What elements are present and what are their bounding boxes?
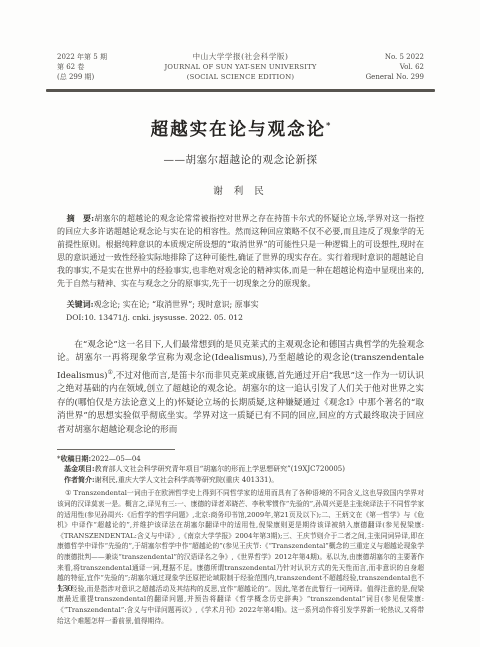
keywords-line: 关键词:观念论; 实在论; “取消世界”; 现时意识; 原事实 [57,298,424,311]
article-title: 超越实在论与观念论* [57,116,424,141]
title-footnote-marker: * [326,120,330,130]
abstract-paragraph: 摘 要:胡塞尔的超越论的观念论常常被指控对世界之存在持笛卡尔式的怀疑论立场,学界… [57,212,424,291]
author-name: 谢 利 民 [57,183,424,197]
author-bio-row: 作者简介:谢利民,重庆大学人文社会科学高等研究院(重庆 401331)。 [57,475,424,486]
fund-label: 基金项目: [64,464,95,473]
journal-header: 2022 年第 5 期 第 62 卷 (总 299 期) 中山大学学报(社会科学… [57,52,424,82]
general-no-line: General No. 299 [340,72,424,82]
fund-row: 基金项目:教育部人文社会科学研究青年项目“胡塞尔的形而上学思想研究”(19XJC… [57,464,424,475]
article-title-text: 超越实在论与观念论 [151,120,327,140]
volume-line: 第 62 卷 [57,62,141,72]
footnote-1-paragraph: ① Transzendental一词由于在欧洲哲学史上得到不同哲学家的适用而具有… [57,488,424,626]
footnote-1-marker: ① [65,489,71,497]
journal-title-block: 中山大学学报(社会科学版) JOURNAL OF SUN YAT-SEN UNI… [141,52,340,82]
received-date-row: *收稿日期:2022—05—04 [57,454,424,465]
received-label: 收稿日期: [61,454,92,463]
header-issue-info-en: No. 5 2022 Vol. 62 General No. 299 [340,52,424,82]
header-issue-info-cn: 2022 年第 5 期 第 62 卷 (总 299 期) [57,52,141,82]
article-subtitle: ——胡塞尔超越论的观念论新探 [57,152,424,167]
page-number: 130 [57,583,73,593]
abstract-label: 摘 要: [67,213,95,223]
body-paragraph: 在“观念论”这一名目下,人们最常想到的是贝克莱式的主观观念论和德国古典哲学的先验… [57,339,424,438]
journal-title-cn: 中山大学学报(社会科学版) [141,52,340,62]
fund-text: 教育部人文社会科学研究青年项目“胡塞尔的形而上学思想研究”(19XJC72000… [95,465,345,473]
body-text-post: ,不过对他而言,是笛卡尔而非贝克莱或康德,首先通过开启“我思”这一作为一切认识之… [57,371,424,435]
general-issue-line: (总 299 期) [57,72,141,82]
issue-no-line: No. 5 2022 [340,52,424,62]
header-divider [46,89,435,92]
received-text: 2022—05—04 [91,455,141,463]
footnote-divider [57,449,175,450]
bio-text: 谢利民,重庆大学人文社会科学高等研究院(重庆 401331)。 [95,476,279,484]
issue-line: 2022 年第 5 期 [57,52,141,62]
journal-title-en: JOURNAL OF SUN YAT-SEN UNIVERSITY [141,62,340,72]
journal-edition-en: (SOCIAL SCIENCE EDITION) [141,72,340,82]
footnote-meta-block: *收稿日期:2022—05—04 基金项目:教育部人文社会科学研究青年项目“胡塞… [57,454,424,486]
doi-line: DOI:10. 13471/j. cnki. jsysusse. 2022. 0… [57,312,424,325]
abstract-text: 胡塞尔的超越论的观念论常常被指控对世界之存在持笛卡尔式的怀疑论立场,学界对这一指… [57,214,424,288]
journal-page: 2022 年第 5 期 第 62 卷 (总 299 期) 中山大学学报(社会科学… [0,0,480,647]
keywords-text: 观念论; 实在论; “取消世界”; 现时意识; 原事实 [94,300,259,309]
footnote-1-text: Transzendental一词由于在欧洲哲学史上得到不同哲学家的适用而具有了各… [57,489,424,624]
bio-label: 作者简介: [64,475,95,484]
keywords-label: 关键词: [67,299,94,309]
vol-line: Vol. 62 [340,62,424,72]
